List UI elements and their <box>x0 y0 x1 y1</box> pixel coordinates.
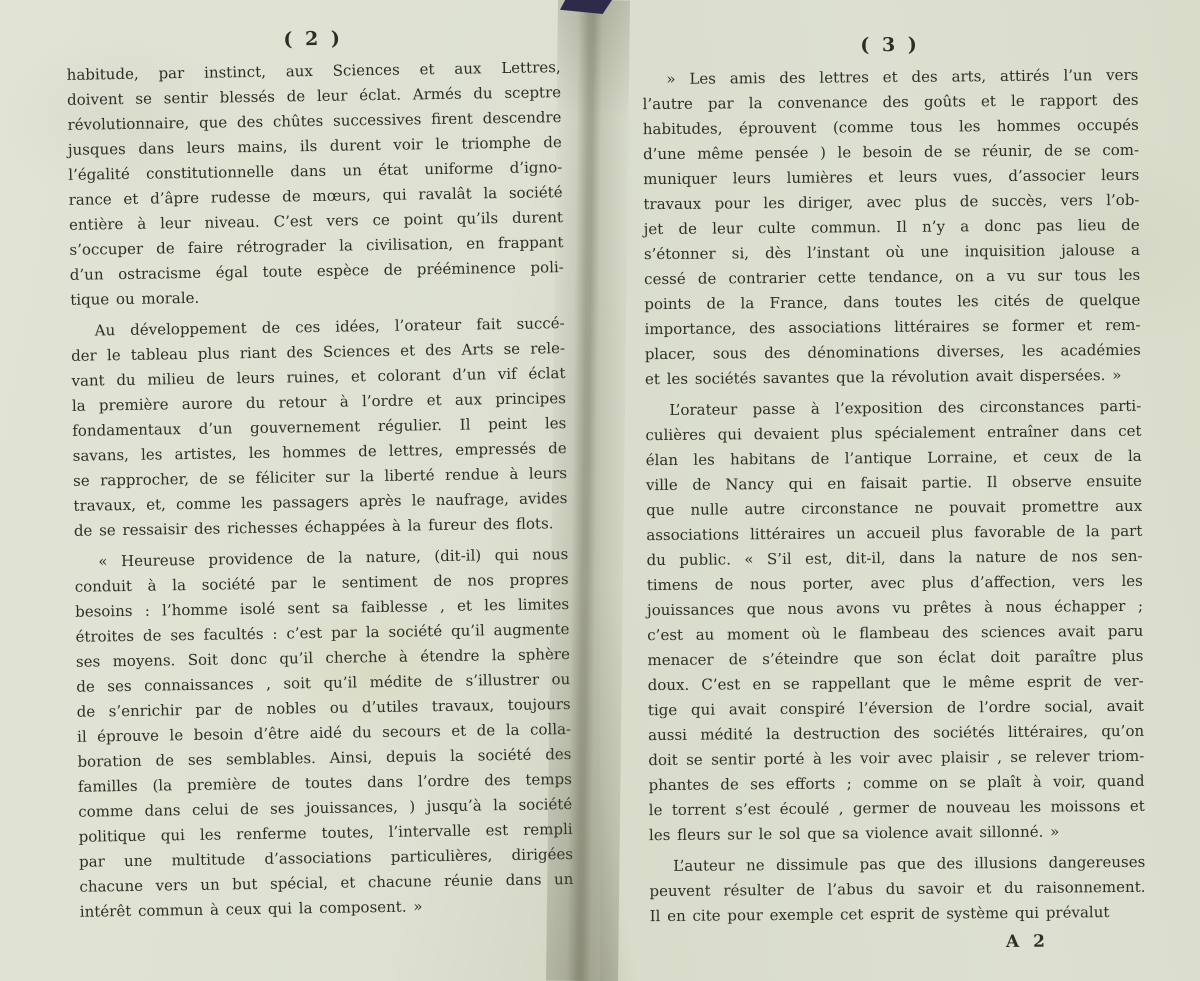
page-left-content: ( 2 ) habitude, par instinct, aux Scienc… <box>66 24 574 925</box>
text-line: le torrent s’est écoulé , germer de nouv… <box>649 794 1145 823</box>
text-line: Il en cite pour exemple cet esprit de sy… <box>650 900 1146 929</box>
paragraph: Au développement de ces idées, l’orateur… <box>71 311 568 544</box>
book-photo: ( 2 ) habitude, par instinct, aux Scienc… <box>0 0 1200 981</box>
text-line: les fleurs sur le sol que sa violence av… <box>649 819 1145 848</box>
page-left: ( 2 ) habitude, par instinct, aux Scienc… <box>0 0 600 981</box>
paragraph: « Heureuse providence de la nature, (dit… <box>74 542 574 925</box>
page-number-right: ( 3 ) <box>642 32 1138 58</box>
page-number-left: ( 2 ) <box>66 24 560 54</box>
page-left-text: habitude, par instinct, aux Sciences et … <box>67 55 574 925</box>
page-right: ( 3 ) » Les amis des lettres et des arts… <box>600 0 1200 981</box>
paragraph: L’orateur passe à l’exposition des circo… <box>645 394 1145 848</box>
paragraph: habitude, par instinct, aux Sciences et … <box>67 55 565 313</box>
text-line: et les sociétés savantes que la révoluti… <box>645 363 1141 392</box>
paragraph: L’auteur ne dissimule pas que des illusi… <box>649 850 1146 929</box>
paragraph: » Les amis des lettres et des arts, atti… <box>642 63 1141 392</box>
page-right-content: ( 3 ) » Les amis des lettres et des arts… <box>642 32 1146 955</box>
page-right-text: » Les amis des lettres et des arts, atti… <box>642 63 1146 929</box>
signature-mark: A 2 <box>650 931 1146 955</box>
